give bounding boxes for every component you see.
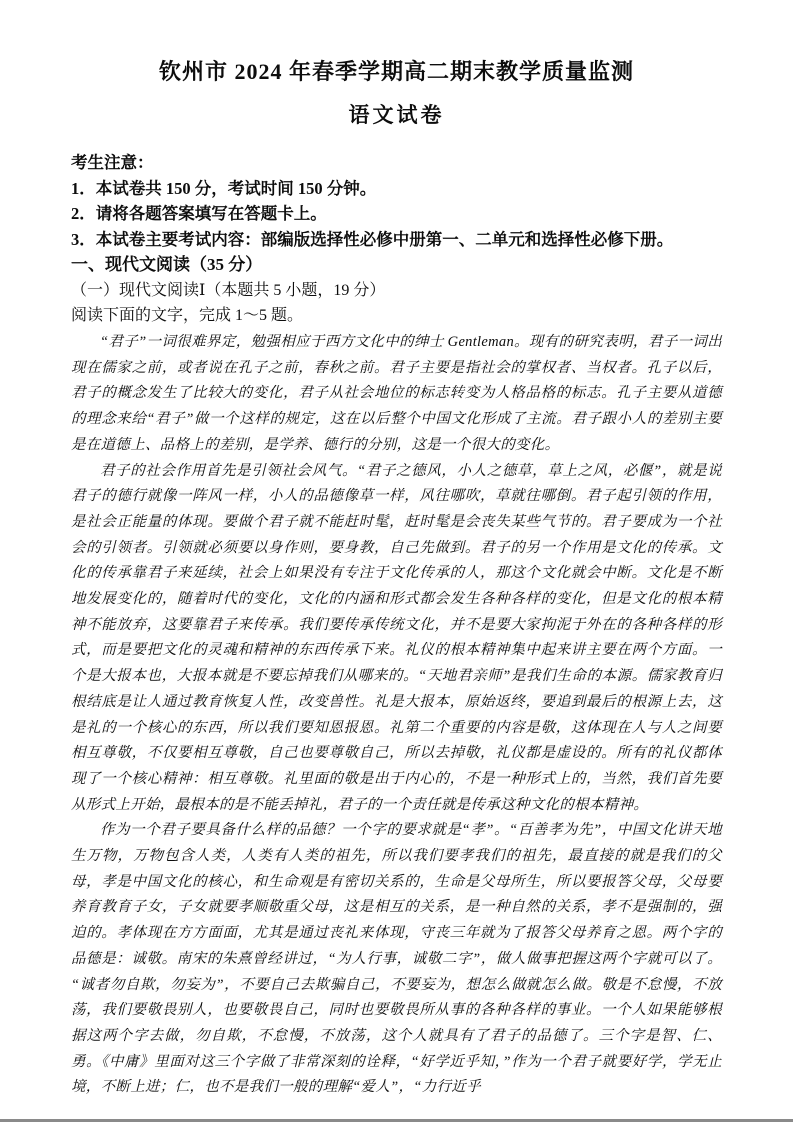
passage-paragraph-2: 君子的社会作用首先是引领社会风气。“君子之德风，小人之德草，草上之风，必偃”，就… <box>71 459 722 819</box>
page-subtitle: 语文试卷 <box>71 100 722 130</box>
notice-item-2: 2．请将各题答案填写在答题卡上。 <box>71 201 722 227</box>
exam-paper-page: 钦州市 2024 年春季学期高二期末教学质量监测 语文试卷 考生注意： 1．本试… <box>0 0 793 1122</box>
notice-heading: 考生注意： <box>71 150 722 176</box>
section-heading-modern-reading: 一、现代文阅读（35 分） <box>71 252 722 278</box>
document-body: 钦州市 2024 年春季学期高二期末教学质量监测 语文试卷 考生注意： 1．本试… <box>0 0 793 1101</box>
passage-paragraph-1: “君子”一词很难界定，勉强相应于西方文化中的绅士 Gentleman。现有的研究… <box>71 330 722 459</box>
notice-item-3: 3．本试卷主要考试内容：部编版选择性必修中册第一、二单元和选择性必修下册。 <box>71 227 722 253</box>
notice-item-1: 1．本试卷共 150 分，考试时间 150 分钟。 <box>71 176 722 202</box>
section-subheading-reading-1: （一）现代文阅读Ⅰ（本题共 5 小题，19 分） <box>71 278 722 303</box>
page-title: 钦州市 2024 年春季学期高二期末教学质量监测 <box>71 56 722 88</box>
passage-paragraph-3: 作为一个君子要具备什么样的品德？一个字的要求就是“孝”。“百善孝为先”，中国文化… <box>71 818 722 1101</box>
reading-passage: “君子”一词很难界定，勉强相应于西方文化中的绅士 Gentleman。现有的研究… <box>71 330 722 1101</box>
reading-instruction: 阅读下面的文字，完成 1～5 题。 <box>71 303 722 328</box>
